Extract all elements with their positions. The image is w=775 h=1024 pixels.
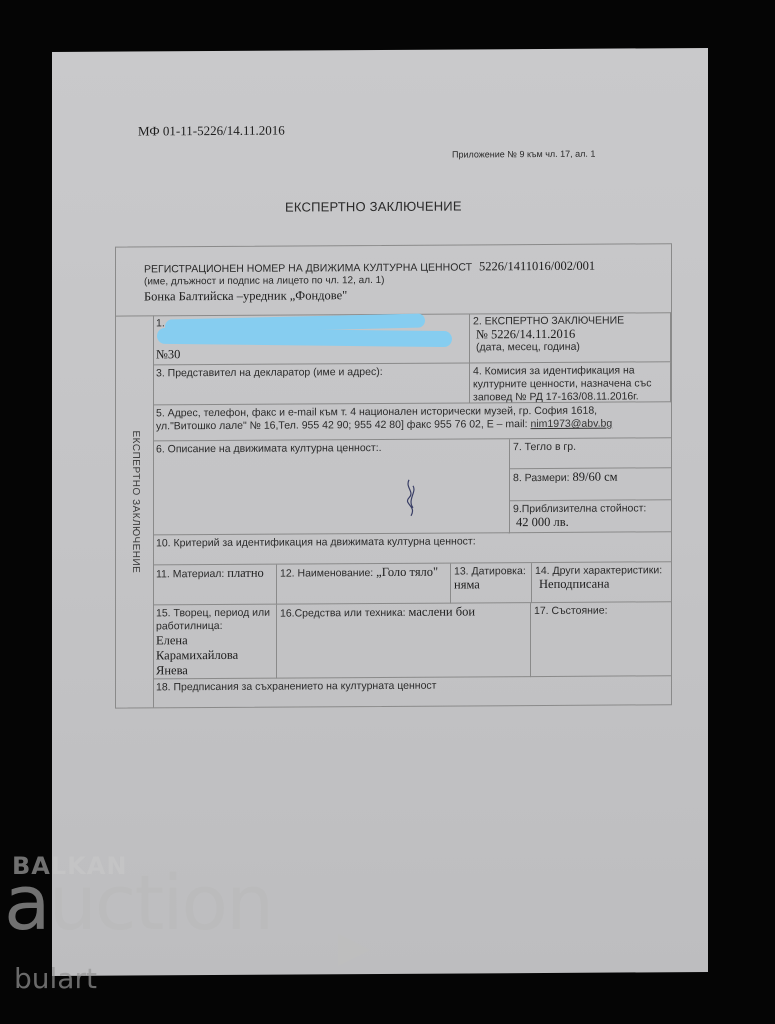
registration-label: РЕГИСТРАЦИОНЕН НОМЕР НА ДВИЖИМА КУЛТУРНА…: [144, 261, 472, 275]
field-7-weight: 7. Тегло в гр.: [510, 438, 671, 469]
field-2-expert-conclusion: 2. ЕКСПЕРТНО ЗАКЛЮЧЕНИЕ № 5226/14.11.201…: [470, 312, 671, 363]
field-5-contact: 5. Адрес, телефон, факс и e-mail към т. …: [153, 402, 671, 441]
registration-block: РЕГИСТРАЦИОНЕН НОМЕР НА ДВИЖИМА КУЛТУРНА…: [116, 244, 671, 316]
field-12-name: 12. Наименование: „Голо тяло": [277, 564, 451, 605]
annex-note: Приложение № 9 към чл. 17, ал. 1: [452, 149, 595, 160]
person-note: (име, длъжност и подпис на лицето по чл.…: [144, 275, 385, 287]
field-15-creator: 15. Творец, период или работилница: Елен…: [153, 605, 277, 680]
field-10-criteria: 10. Критерий за идентификация на движима…: [153, 532, 671, 565]
field-11-material: 11. Материал: платно: [153, 565, 277, 606]
field-17-condition: 17. Състояние:: [531, 602, 671, 677]
form-table: РЕГИСТРАЦИОНЕН НОМЕР НА ДВИЖИМА КУЛТУРНА…: [115, 243, 672, 708]
responsible-person: Бонка Балтийска –уредник „Фондове": [144, 288, 347, 304]
reference-number: МФ 01-11-5226/14.11.2016: [138, 123, 285, 140]
field-6-description: 6. Описание на движимата културна ценнос…: [153, 439, 510, 535]
email-link[interactable]: nim1973@abv.bg: [530, 418, 612, 430]
side-column: ЕКСПЕРТНО ЗАКЛЮЧЕНИЕ: [116, 315, 154, 707]
field-9-value: 9.Приблизителна стойност: 42 000 лв.: [510, 500, 671, 533]
registration-number: 5226/1411016/002/001: [479, 259, 595, 274]
field-8-dimensions: 8. Размери: 89/60 см: [510, 468, 671, 501]
document-title: ЕКСПЕРТНО ЗАКЛЮЧЕНИЕ: [285, 198, 462, 214]
field-4-commission: 4. Комисия за идентификация на културнит…: [470, 362, 671, 403]
play-arrow-icon: [334, 930, 374, 970]
field-18-prescriptions: 18. Предписания за съхранението на култу…: [153, 676, 671, 707]
field-13-dating: 13. Датировка: няма: [451, 563, 532, 603]
redaction-mark: [157, 328, 452, 347]
field-2-value: № 5226/14.11.2016: [476, 327, 667, 341]
field-14-other: 14. Други характеристики: Неподписана: [532, 562, 671, 603]
field-3-representative: 3. Представител на декларатор (име и адр…: [153, 363, 470, 405]
field-1-value: №30: [156, 348, 180, 361]
document-page: МФ 01-11-5226/14.11.2016 Приложение № 9 …: [52, 48, 708, 976]
side-label: ЕКСПЕРТНО ЗАКЛЮЧЕНИЕ: [130, 430, 141, 573]
field-1-declarant: 1. №30: [153, 313, 470, 365]
field-16-technique: 16.Средства или техника: маслени бои: [277, 603, 531, 679]
